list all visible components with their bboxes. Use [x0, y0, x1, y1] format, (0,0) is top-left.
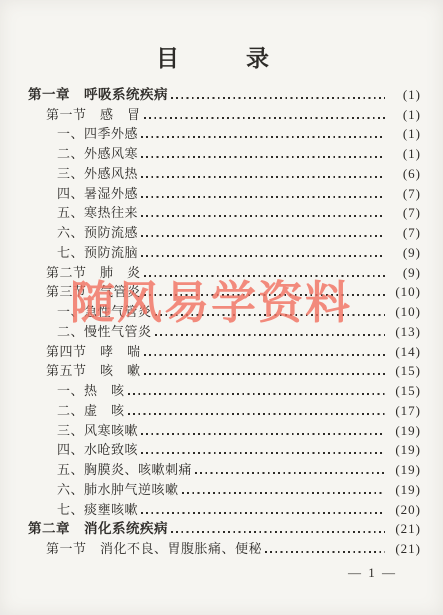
- toc-entry-page: (1): [390, 146, 421, 162]
- toc-entry: 五、胸膜炎、咳嗽刺痛 (19): [0, 458, 421, 478]
- dot-leader: [141, 235, 385, 237]
- toc-entry: 第四节 哮 喘 (14): [0, 340, 421, 360]
- toc-entry: 五、寒热往来 (7): [0, 202, 421, 222]
- toc-entry: 四、暑湿外感 (7): [0, 182, 421, 202]
- dot-leader: [144, 294, 385, 296]
- toc-entry-page: (13): [390, 324, 421, 340]
- toc-entry-label: 一、急性气管炎: [57, 304, 152, 320]
- toc-entry-label: 第四节 哮 喘: [46, 344, 141, 360]
- dot-leader: [141, 452, 385, 454]
- dot-leader: [144, 117, 385, 119]
- dot-leader: [141, 176, 385, 178]
- toc-entry: 一、四季外感 (1): [0, 123, 421, 143]
- toc-entry-label: 第五节 咳 嗽: [46, 363, 141, 379]
- toc-entry: 二、外感风寒 (1): [0, 142, 421, 162]
- dot-leader: [141, 512, 385, 514]
- toc-entry: 七、痰壅咳嗽 (20): [0, 498, 421, 518]
- toc-list: 第一章 呼吸系统疾病 (1) 第一节 感 冒 (1) 一、四季外感 (1) 二、…: [0, 83, 443, 557]
- page-title: 目 录: [0, 40, 432, 73]
- toc-entry-page: (1): [390, 126, 421, 142]
- toc-entry-page: (19): [390, 462, 421, 478]
- dot-leader: [265, 551, 385, 553]
- toc-entry-page: (14): [390, 344, 421, 360]
- toc-entry: 第一节 感 冒 (1): [0, 103, 421, 123]
- toc-entry: 第五节 咳 嗽 (15): [0, 360, 421, 380]
- toc-entry-label: 七、预防流脑: [57, 245, 138, 261]
- toc-entry-label: 第二节 肺 炎: [46, 265, 141, 281]
- dot-leader: [171, 531, 385, 533]
- toc-entry: 第三节 气管炎 (10): [0, 281, 421, 301]
- dot-leader: [141, 433, 385, 435]
- dot-leader: [155, 314, 385, 316]
- dot-leader: [171, 97, 385, 99]
- toc-entry-page: (10): [390, 304, 421, 320]
- toc-entry: 三、风寒咳嗽 (19): [0, 419, 421, 439]
- toc-entry-page: (19): [390, 442, 421, 458]
- toc-entry-page: (21): [390, 521, 421, 537]
- toc-entry-label: 六、预防流感: [57, 225, 138, 241]
- toc-entry-page: (9): [390, 245, 421, 261]
- toc-entry-page: (15): [390, 383, 421, 399]
- toc-entry-label: 五、寒热往来: [57, 205, 138, 221]
- dot-leader: [141, 255, 385, 257]
- footer-page-number: — 1 —: [348, 565, 397, 581]
- toc-entry-label: 七、痰壅咳嗽: [57, 502, 138, 518]
- toc-entry-label: 六、肺水肿气逆咳嗽: [57, 482, 179, 498]
- toc-entry-label: 第二章 消化系统疾病: [28, 521, 168, 537]
- toc-entry-label: 三、外感风热: [57, 166, 138, 182]
- toc-entry-label: 一、热 咳: [57, 383, 125, 399]
- toc-entry-page: (21): [390, 541, 421, 557]
- toc-entry-label: 二、慢性气管炎: [57, 324, 152, 340]
- toc-entry-page: (1): [390, 87, 421, 103]
- toc-entry: 第一章 呼吸系统疾病 (1): [0, 83, 421, 103]
- toc-entry: 二、慢性气管炎 (13): [0, 320, 421, 340]
- dot-leader: [128, 393, 385, 395]
- toc-entry-page: (7): [390, 186, 421, 202]
- toc-entry: 二、虚 咳 (17): [0, 399, 421, 419]
- dot-leader: [155, 334, 385, 336]
- dot-leader: [144, 373, 385, 375]
- toc-entry-page: (9): [390, 265, 421, 281]
- toc-entry-page: (7): [390, 205, 421, 221]
- toc-entry-page: (10): [390, 284, 421, 300]
- toc-entry-label: 第三节 气管炎: [46, 284, 141, 300]
- scanned-toc-page: 目 录 第一章 呼吸系统疾病 (1) 第一节 感 冒 (1) 一、四季外感 (1…: [0, 0, 443, 615]
- toc-entry-label: 四、水呛致咳: [57, 442, 138, 458]
- toc-entry: 第二章 消化系统疾病 (21): [0, 518, 421, 538]
- toc-entry-page: (20): [390, 502, 421, 518]
- toc-entry-page: (19): [390, 482, 421, 498]
- toc-entry-page: (17): [390, 403, 421, 419]
- toc-entry: 第二节 肺 炎 (9): [0, 261, 421, 281]
- toc-entry-page: (6): [390, 166, 421, 182]
- toc-entry: 七、预防流脑 (9): [0, 241, 421, 261]
- toc-entry-label: 二、虚 咳: [57, 403, 125, 419]
- toc-entry-page: (15): [390, 363, 421, 379]
- toc-entry-label: 第一节 感 冒: [46, 107, 141, 123]
- toc-entry-label: 第一章 呼吸系统疾病: [28, 87, 168, 103]
- toc-entry-label: 第一节 消化不良、胃腹胀痛、便秘: [46, 541, 262, 557]
- toc-entry: 四、水呛致咳 (19): [0, 439, 421, 459]
- toc-entry-label: 一、四季外感: [57, 126, 138, 142]
- toc-entry: 六、肺水肿气逆咳嗽 (19): [0, 478, 421, 498]
- toc-entry-label: 五、胸膜炎、咳嗽刺痛: [57, 462, 192, 478]
- dot-leader: [128, 413, 385, 415]
- toc-entry: 三、外感风热 (6): [0, 162, 421, 182]
- toc-entry-label: 四、暑湿外感: [57, 186, 138, 202]
- dot-leader: [141, 215, 385, 217]
- toc-entry-page: (19): [390, 423, 421, 439]
- toc-entry: 一、热 咳 (15): [0, 379, 421, 399]
- dot-leader: [144, 275, 385, 277]
- dot-leader: [141, 136, 385, 138]
- toc-entry: 一、急性气管炎 (10): [0, 300, 421, 320]
- toc-entry-page: (7): [390, 225, 421, 241]
- toc-entry: 第一节 消化不良、胃腹胀痛、便秘 (21): [0, 537, 421, 557]
- dot-leader: [182, 492, 385, 494]
- dot-leader: [195, 472, 385, 474]
- dot-leader: [144, 354, 385, 356]
- toc-entry-page: (1): [390, 107, 421, 123]
- toc-entry-label: 三、风寒咳嗽: [57, 423, 138, 439]
- dot-leader: [141, 196, 385, 198]
- toc-entry-label: 二、外感风寒: [57, 146, 138, 162]
- dot-leader: [141, 156, 385, 158]
- toc-entry: 六、预防流感 (7): [0, 221, 421, 241]
